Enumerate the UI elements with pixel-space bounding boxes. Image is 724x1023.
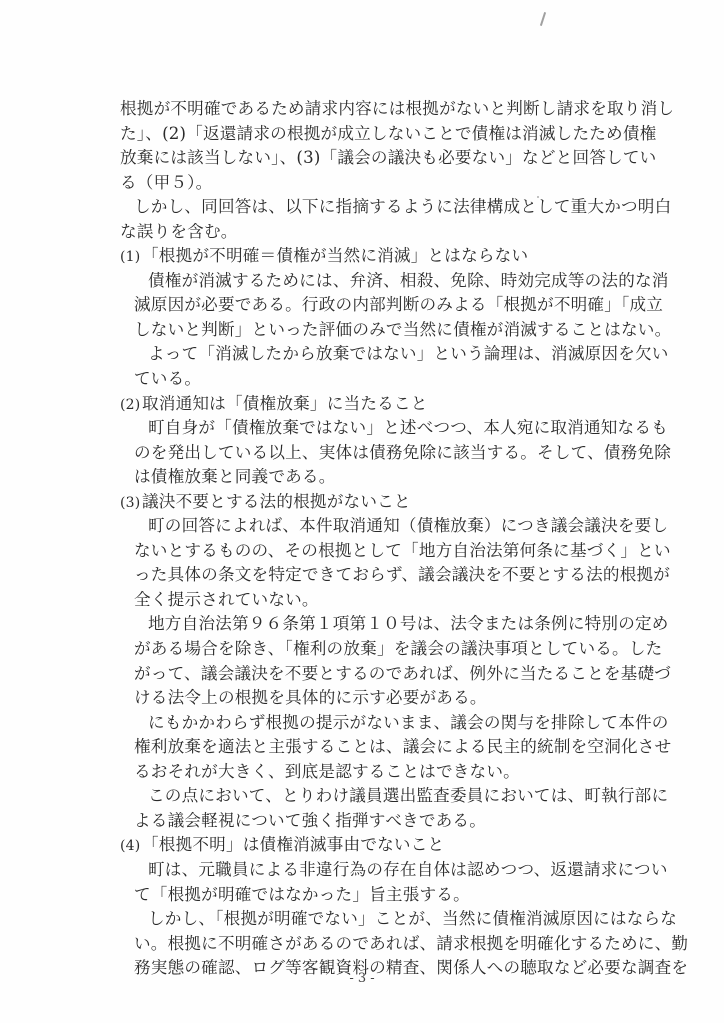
text-line: よって「消滅したから放棄ではない」という論理は、消滅原因を欠い [120,342,620,367]
text-line: な誤りを含む。 [120,220,620,245]
text-line: がある場合を除き、「権利の放棄」を議会の議決事項としている。した [120,637,620,662]
text-line: い。根拠に不明確さがあるのであれば、請求根拠を明確化するために、勤 [120,932,620,957]
text-line: るおそれが大きく、到底是認することはできない。 [120,760,620,785]
text-line: よる議会軽視について強く指弾すべきである。 [120,809,620,834]
section-number: (4) [120,834,142,859]
section-number: (2) [120,393,142,418]
text-line: この点において、とりわけ議員選出監査委員においては、町執行部に [120,784,620,809]
text-line: にもかかわらず根拠の提示がないまま、議会の関与を排除して本件の [120,711,620,736]
text-line: 放棄には該当しない」、(3)「議会の議決も必要ない」などと回答してい [120,146,620,171]
section-heading: (2)取消通知は「債権放棄」に当たること [120,392,620,417]
text-line: は債権放棄と同義である。 [120,465,620,490]
text-line: 債権が消滅するためには、弁済、相殺、免除、時効完成等の法的な消 [120,269,620,294]
text-line: 権利放棄を適法と主張することは、議会による民主的統制を空洞化させ [120,735,620,760]
text-line: 町は、元職員による非違行為の存在自体は認めつつ、返還請求につい [120,858,620,883]
text-line: る（甲５）。 [120,171,620,196]
text-line: しかし、同回答は、以下に指摘するように法律構成として重大かつ明白 [120,195,620,220]
section-heading-text: 「根拠が不明確＝債権が当然に消滅」とはならない [142,246,528,265]
section-heading-text: 取消通知は「債権放棄」に当たること [142,394,428,413]
text-line: のを発出している以上、実体は債務免除に該当する。そして、債務免除 [120,441,620,466]
text-line: ている。 [120,367,620,392]
text-line: 滅原因が必要である。行政の内部判断のみよる「根拠が不明確」「成立 [120,293,620,318]
text-line: て「根拠が明確ではなかった」旨主張する。 [120,883,620,908]
section-number: (1) [120,245,142,270]
text-line: た」、(2)「返還請求の根拠が成立しないことで債権は消滅したため債権 [120,122,620,147]
page-number: - 3 - [0,971,724,986]
section-heading-text: 「根拠不明」は債権消滅事由でないこと [142,835,444,854]
text-line: 地方自治法第９６条第１項第１０号は、法令または条例に特別の定め [120,612,620,637]
scan-mark [540,12,546,26]
text-line: 根拠が不明確であるため請求内容には根拠がないと判断し請求を取り消し [120,97,620,122]
text-line: がって、議会議決を不要とするのであれば、例外に当たることを基礎づ [120,662,620,687]
document-body: 根拠が不明確であるため請求内容には根拠がないと判断し請求を取り消した」、(2)「… [120,97,620,981]
document-page: 根拠が不明確であるため請求内容には根拠がないと判断し請求を取り消した」、(2)「… [0,0,724,1023]
text-line: ける法令上の根拠を具体的に示す必要がある。 [120,686,620,711]
section-number: (3) [120,491,142,516]
text-line: ないとするものの、その根拠として「地方自治法第何条に基づく」とい [120,539,620,564]
text-line: った具体の条文を特定できておらず、議会議決を不要とする法的根拠が [120,563,620,588]
section-heading: (4)「根拠不明」は債権消滅事由でないこと [120,833,620,858]
section-heading-text: 議決不要とする法的根拠がないこと [142,492,411,511]
text-line: 町自身が「債権放棄ではない」と述べつつ、本人宛に取消通知なるも [120,416,620,441]
text-line: 町の回答によれば、本件取消通知（債権放棄）につき議会議決を要し [120,514,620,539]
section-heading: (3)議決不要とする法的根拠がないこと [120,490,620,515]
section-heading: (1)「根拠が不明確＝債権が当然に消滅」とはならない [120,244,620,269]
text-line: しないと判断」といった評価のみで当然に債権が消滅することはない。 [120,318,620,343]
text-line: 全く提示されていない。 [120,588,620,613]
text-line: しかし、「根拠が明確でない」ことが、当然に債権消滅原因にはならな [120,907,620,932]
